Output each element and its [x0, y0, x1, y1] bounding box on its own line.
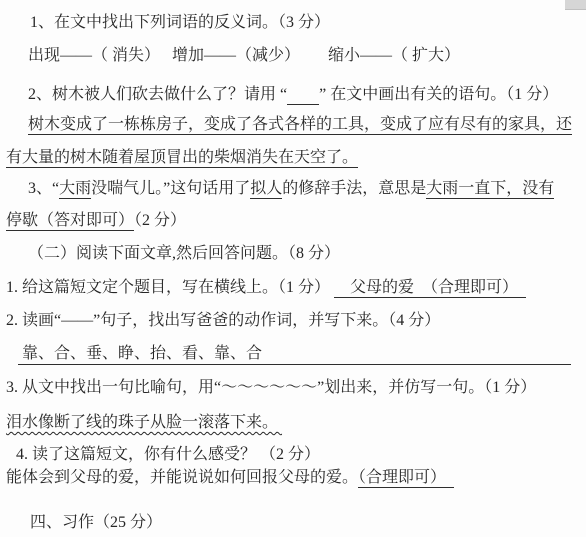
- reading2-q4-answer: 能体会到父母的爱，并能说说如何回报父母的爱。（合理即可）: [6, 467, 454, 488]
- corner-artifact: [565, 0, 586, 10]
- reading2-q1-underlined-text: 父母的爱 （合理即可）: [334, 279, 526, 298]
- section3-q3-underlined-text: 大雨: [59, 180, 91, 199]
- section3-q3: 3、“大雨没喘气儿。”这句话用了拟人的修辞手法，意思是大雨一直下，没有: [28, 178, 554, 199]
- section3-q3-text: 没喘气儿。”这句话用了: [91, 180, 250, 197]
- section3-q3-underlined-text: 拟人: [250, 180, 282, 199]
- reading2-q3: 3. 从文中找出一句比喻句，用“～～～～～～”划出来，并仿写一句。（1 分）: [6, 377, 536, 398]
- reading2-q1: 1. 给这篇短文定个题目，写在横线上。（1 分） 父母的爱 （合理即可）: [6, 277, 526, 298]
- reading2-q2: 2. 读画“——”句子，找出写爸爸的动作词，并写下来。（4 分）: [6, 310, 440, 331]
- section3-q2-answer-line2: 有大量的树木随着屋顶冒出的柴烟消失在天空了。: [6, 147, 358, 168]
- reading2-q3-answer: 泪水像断了线的珠子从脸一滚落下来。: [6, 412, 282, 433]
- section3-q3-text: 的修辞手法，意思是: [282, 180, 426, 197]
- section3-q3-answer-continued-text: （2 分）: [134, 212, 186, 229]
- section3-q2: 2、树木被人们砍去做什么了？请用 “ ” 在文中画出有关的语句。（1 分）: [28, 84, 558, 105]
- section3-q2-answer-line2-underlined-text: 有大量的树木随着屋顶冒出的柴烟消失在天空了。: [6, 149, 358, 168]
- section4-header-text: 四、习作（25 分）: [30, 514, 162, 531]
- reading2-q4-answer-underlined-text: （合理即可）: [358, 469, 454, 488]
- reading2-q4-text: 4. 读了这篇短文，你有什么感受？ （2 分）: [16, 446, 320, 463]
- reading2-q2-answer: 靠、合、垂、睁、抬、看、靠、合: [18, 343, 571, 365]
- section3-q2-answer-line1-underlined-text: 树木变成了一栋栋房子，变成了各式各样的工具，变成了应有尽有的家具，还: [28, 116, 572, 135]
- section3-q1-answers: 出现——（ 消失） 增加——（减少） 缩小——（ 扩大）: [28, 45, 460, 66]
- section3-q2-underlined-text: [287, 86, 319, 105]
- section3-q1-text: 1、在文中找出下列词语的反义词。（3 分）: [30, 14, 330, 31]
- reading2-q3-answer-underlined-text: 泪水像断了线的珠子从脸一滚落下来。: [6, 414, 282, 431]
- reading2-q4-answer-text: 能体会到父母的爱，并能说说如何回报父母的爱。: [6, 469, 358, 486]
- section3-q1: 1、在文中找出下列词语的反义词。（3 分）: [30, 12, 330, 33]
- document-page: 1、在文中找出下列词语的反义词。（3 分）出现——（ 消失） 增加——（减少） …: [0, 0, 586, 537]
- reading2-header: （二）阅读下面文章,然后回答问题。（8 分）: [28, 243, 340, 264]
- reading2-q2-answer-text: 靠、合、垂、睁、抬、看、靠、合: [18, 345, 262, 362]
- reading2-q4: 4. 读了这篇短文，你有什么感受？ （2 分）: [16, 444, 320, 465]
- section3-q2-text: 2、树木被人们砍去做什么了？请用 “: [28, 86, 287, 103]
- reading2-q3-text: 3. 从文中找出一句比喻句，用“～～～～～～”划出来，并仿写一句。（1 分）: [6, 379, 536, 396]
- section3-q3-underlined-text: 大雨一直下，没有: [426, 180, 554, 199]
- section3-q3-answer-continued-underlined-text: 停歇（答对即可）: [6, 212, 134, 231]
- section3-q1-answers-text: 出现——（ 消失） 增加——（减少） 缩小——（ 扩大）: [28, 47, 460, 64]
- reading2-q2-text: 2. 读画“——”句子，找出写爸爸的动作词，并写下来。（4 分）: [6, 312, 440, 329]
- section3-q2-answer-line1: 树木变成了一栋栋房子，变成了各式各样的工具，变成了应有尽有的家具，还: [28, 114, 572, 135]
- reading2-header-text: （二）阅读下面文章,然后回答问题。（8 分）: [28, 245, 340, 262]
- reading2-q1-text: 1. 给这篇短文定个题目，写在横线上。（1 分）: [6, 279, 334, 296]
- section4-header: 四、习作（25 分）: [30, 512, 162, 533]
- section3-q3-text: 3、“: [28, 180, 59, 197]
- section3-q3-answer-continued: 停歇（答对即可）（2 分）: [6, 210, 186, 231]
- section3-q2-text: ” 在文中画出有关的语句。（1 分）: [319, 86, 558, 103]
